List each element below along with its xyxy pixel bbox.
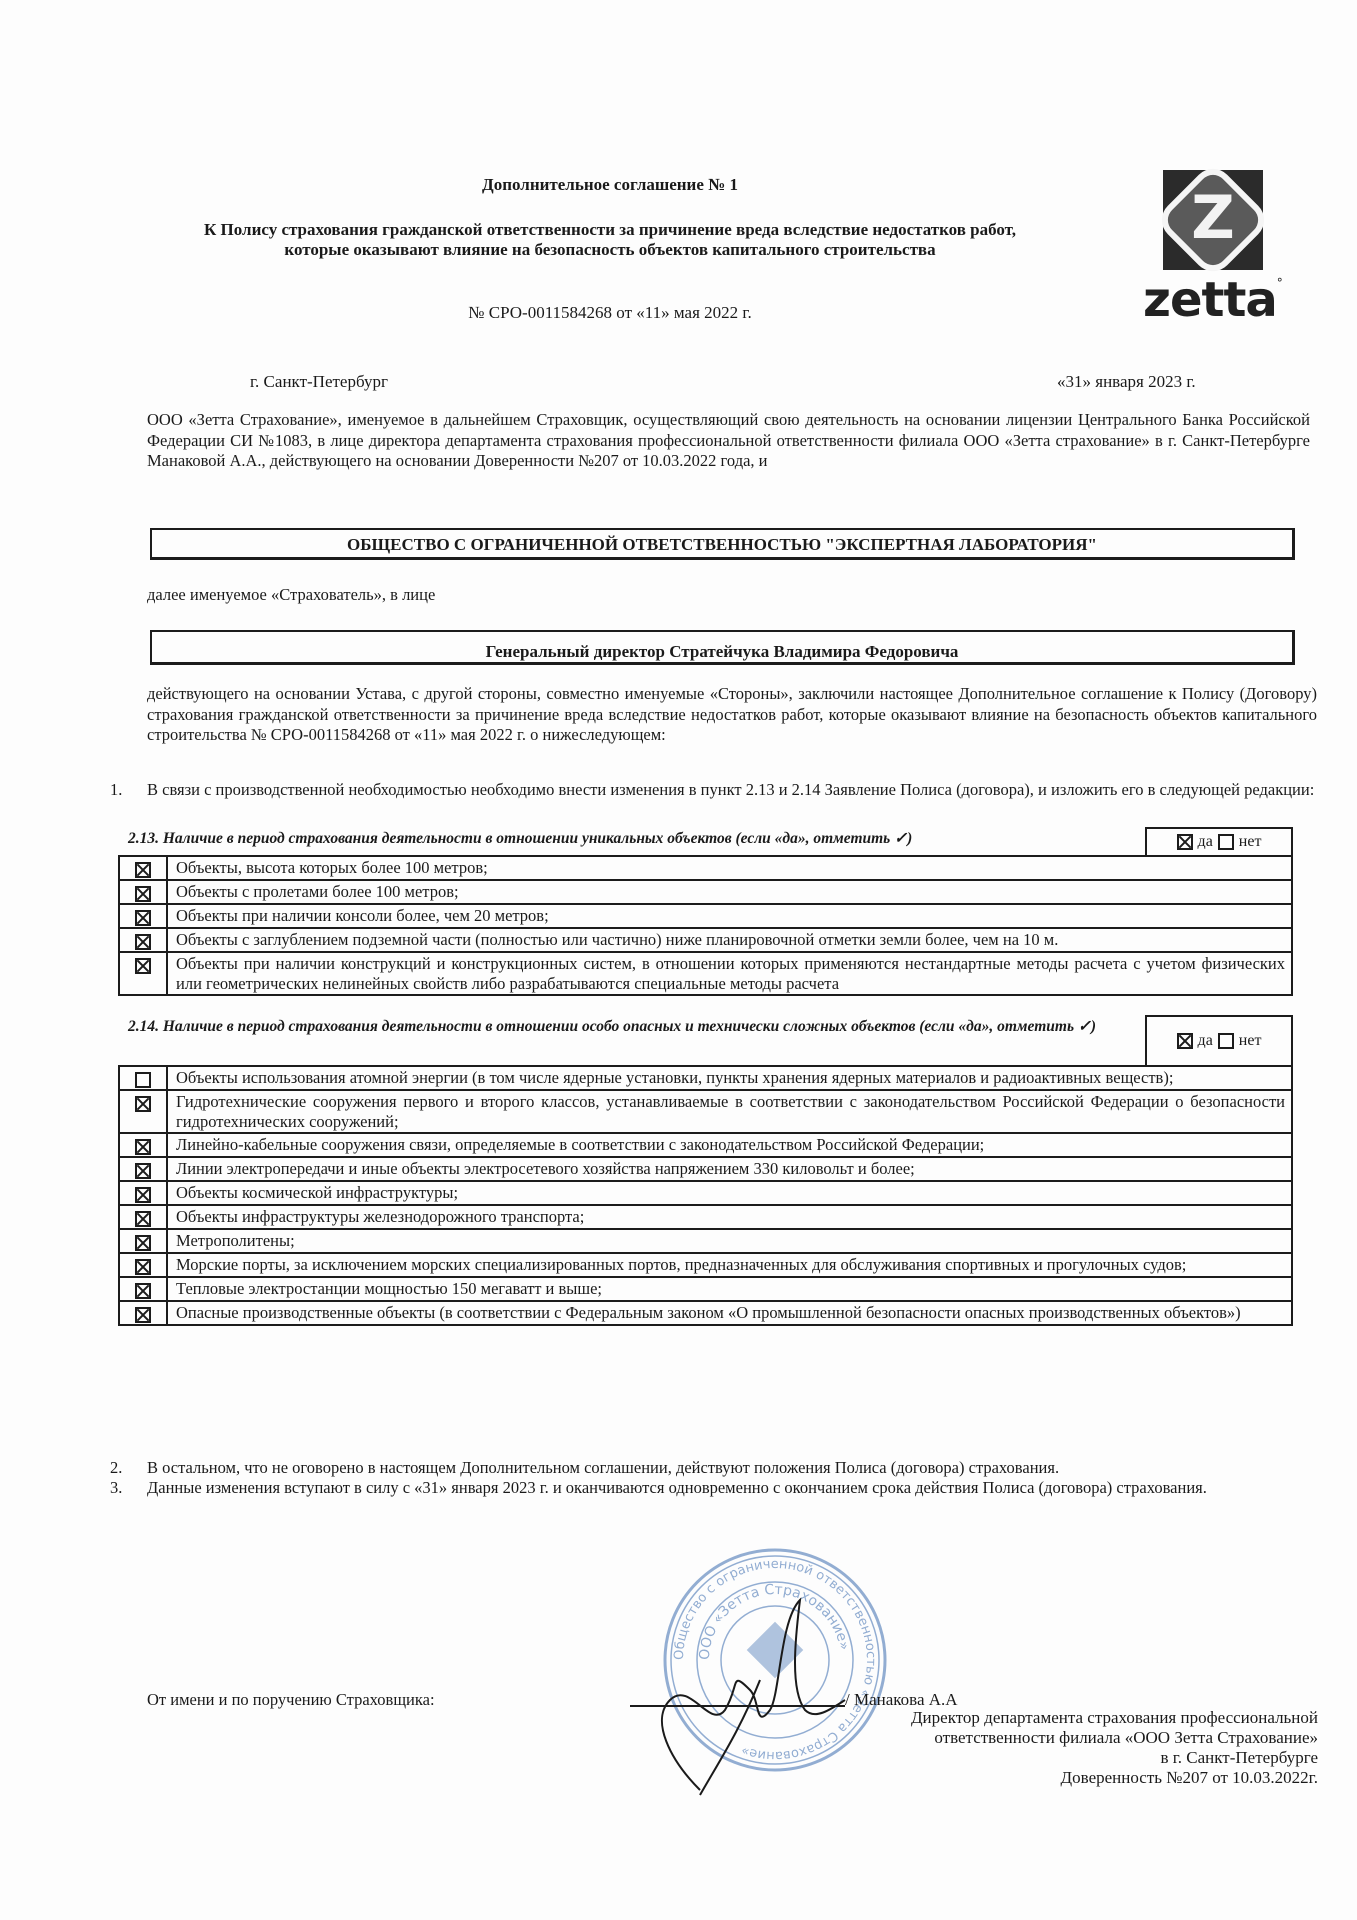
section-2-13: 2.13. Наличие в период страхования деяте… [118, 827, 1293, 996]
no-checkbox[interactable] [1218, 1033, 1234, 1049]
item-3-text: Данные изменения вступают в силу с «31» … [147, 1478, 1317, 1499]
row-text: Тепловые электростанции мощностью 150 ме… [167, 1277, 1292, 1301]
row-checkbox[interactable] [135, 1163, 151, 1179]
document-subtitle: К Полису страхования гражданской ответст… [190, 220, 1030, 260]
row-checkbox[interactable] [135, 862, 151, 878]
row-text: Объекты, высота которых более 100 метров… [167, 856, 1292, 880]
row-checkbox[interactable] [135, 958, 151, 974]
section-2-13-row: Объекты с пролетами более 100 метров; [119, 880, 1292, 904]
yes-label: да [1198, 1032, 1213, 1050]
section-2-13-row: Объекты при наличии конструкций и констр… [119, 952, 1292, 995]
section-2-14-row: Линии электропередачи и иные объекты эле… [119, 1157, 1292, 1181]
intro-paragraph: ООО «Зетта Страхование», именуемое в дал… [147, 410, 1310, 472]
section-2-14-row: Объекты космической инфраструктуры; [119, 1181, 1292, 1205]
row-text: Опасные производственные объекты (в соот… [167, 1301, 1292, 1325]
zetta-logo: Z zetta° [1143, 170, 1313, 328]
row-text: Морские порты, за исключением морских сп… [167, 1253, 1292, 1277]
row-text: Объекты использования атомной энергии (в… [167, 1066, 1292, 1090]
signature-line [630, 1705, 845, 1707]
zetta-logo-icon: Z [1163, 170, 1263, 270]
no-checkbox[interactable] [1218, 834, 1234, 850]
agreement-date: «31» января 2023 г. [1057, 372, 1196, 392]
no-label: нет [1239, 1032, 1262, 1050]
signer-position: Директор департамента страхования профес… [810, 1708, 1318, 1788]
section-2-13-table: Объекты, высота которых более 100 метров… [118, 855, 1293, 996]
document-page: Дополнительное соглашение № 1 К Полису с… [0, 0, 1357, 1920]
document-title: Дополнительное соглашение № 1 [300, 175, 920, 195]
row-checkbox[interactable] [135, 1235, 151, 1251]
row-checkbox[interactable] [135, 1283, 151, 1299]
row-text: Линейно-кабельные сооружения связи, опре… [167, 1133, 1292, 1157]
section-2-14-row: Тепловые электростанции мощностью 150 ме… [119, 1277, 1292, 1301]
row-text: Метрополитены; [167, 1229, 1292, 1253]
no-label: нет [1239, 833, 1262, 851]
row-text: Гидротехнические сооружения первого и вт… [167, 1090, 1292, 1133]
item-2-number: 2. [110, 1458, 122, 1478]
yes-checkbox[interactable] [1177, 834, 1193, 850]
section-2-14-table: Объекты использования атомной энергии (в… [118, 1065, 1293, 1326]
item-1-number: 1. [110, 780, 122, 800]
row-checkbox[interactable] [135, 1187, 151, 1203]
on-behalf-label: От имени и по поручению Страховщика: [147, 1690, 435, 1710]
section-2-14-row: Гидротехнические сооружения первого и вт… [119, 1090, 1292, 1133]
row-checkbox[interactable] [135, 1259, 151, 1275]
section-2-14-row: Объекты инфраструктуры железнодорожного … [119, 1205, 1292, 1229]
row-text: Объекты с пролетами более 100 метров; [167, 880, 1292, 904]
section-2-14-heading: 2.14. Наличие в период страхования деяте… [118, 1015, 1145, 1065]
section-2-14-yes-no: да нет [1145, 1015, 1293, 1065]
further-named-text: далее именуемое «Страхователь», в лице [147, 585, 435, 605]
row-text: Линии электропередачи и иные объекты эле… [167, 1157, 1292, 1181]
insured-name-box: ОБЩЕСТВО С ОГРАНИЧЕННОЙ ОТВЕТСТВЕННОСТЬЮ… [150, 528, 1295, 560]
row-checkbox[interactable] [135, 886, 151, 902]
section-2-14-row: Опасные производственные объекты (в соот… [119, 1301, 1292, 1325]
item-1-text: В связи с производственной необходимость… [147, 780, 1317, 801]
section-2-14-row: Морские порты, за исключением морских сп… [119, 1253, 1292, 1277]
row-text: Объекты космической инфраструктуры; [167, 1181, 1292, 1205]
signer-name: / Манакова А.А [845, 1690, 958, 1710]
section-2-13-row: Объекты с заглублением подземной части (… [119, 928, 1292, 952]
logo-wordmark: zetta° [1143, 272, 1313, 328]
row-text: Объекты при наличии консоли более, чем 2… [167, 904, 1292, 928]
section-2-13-heading: 2.13. Наличие в период страхования деяте… [118, 827, 1145, 855]
section-2-13-row: Объекты, высота которых более 100 метров… [119, 856, 1292, 880]
section-2-13-row: Объекты при наличии консоли более, чем 2… [119, 904, 1292, 928]
row-checkbox[interactable] [135, 1096, 151, 1112]
policy-number: № СРО-0011584268 от «11» мая 2022 г. [300, 303, 920, 323]
row-text: Объекты с заглублением подземной части (… [167, 928, 1292, 952]
row-checkbox[interactable] [135, 1211, 151, 1227]
row-checkbox[interactable] [135, 1072, 151, 1088]
row-checkbox[interactable] [135, 1307, 151, 1323]
yes-checkbox[interactable] [1177, 1033, 1193, 1049]
row-text: Объекты инфраструктуры железнодорожного … [167, 1205, 1292, 1229]
section-2-14-row: Линейно-кабельные сооружения связи, опре… [119, 1133, 1292, 1157]
item-2-text: В остальном, что не оговорено в настояще… [147, 1458, 1317, 1479]
section-2-14: 2.14. Наличие в период страхования деяте… [118, 1015, 1293, 1326]
body-paragraph: действующего на основании Устава, с друг… [147, 684, 1317, 746]
section-2-14-row: Объекты использования атомной энергии (в… [119, 1066, 1292, 1090]
yes-label: да [1198, 833, 1213, 851]
section-2-14-row: Метрополитены; [119, 1229, 1292, 1253]
representative-box: Генеральный директор Стратейчука Владими… [150, 630, 1295, 665]
row-checkbox[interactable] [135, 910, 151, 926]
row-text: Объекты при наличии конструкций и констр… [167, 952, 1292, 995]
row-checkbox[interactable] [135, 1139, 151, 1155]
item-3-number: 3. [110, 1478, 122, 1498]
city: г. Санкт-Петербург [250, 372, 388, 392]
section-2-13-yes-no: да нет [1145, 827, 1293, 855]
row-checkbox[interactable] [135, 934, 151, 950]
